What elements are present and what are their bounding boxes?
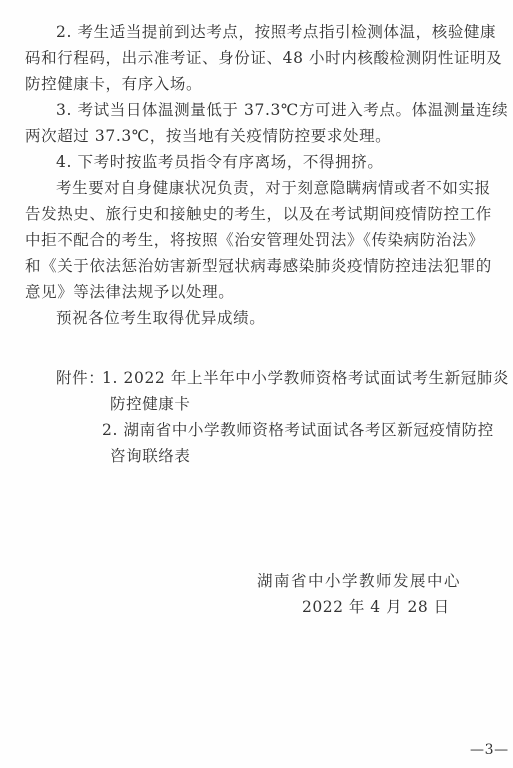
paragraph-4-line-1: 4. 下考时按监考员指令有序离场，不得拥挤。 (56, 152, 383, 172)
paragraph-2-line-1: 2. 考生适当提前到达考点，按照考点指引检测体温，核验健康 (56, 22, 496, 42)
notice-paragraph-line-3: 中拒不配合的考生，将按照《治安管理处罚法》《传染病防治法》 (25, 230, 484, 250)
notice-paragraph-line-4: 和《关于依法惩治妨害新型冠状病毒感染肺炎疫情防控违法犯罪的 (25, 256, 492, 276)
paragraph-3-line-1: 3. 考试当日体温测量低于 37.3℃方可进入考点。体温测量连续 (56, 100, 508, 120)
notice-paragraph-line-5: 意见》等法律法规予以处理。 (25, 282, 234, 302)
issuer-signature: 湖南省中小学教师发展中心 (257, 571, 461, 591)
attachment-2-line-1: 2. 湖南省中小学教师资格考试面试各考区新冠疫情防控 (102, 420, 494, 440)
page-number: —3— (470, 740, 509, 760)
wishes-line: 预祝各位考生取得优异成绩。 (56, 308, 265, 328)
paragraph-2-line-2: 码和行程码，出示准考证、身份证、48 小时内核酸检测阴性证明及 (25, 48, 502, 68)
attachment-1-line-2: 防控健康卡 (110, 394, 191, 414)
paragraph-2-line-3: 防控健康卡，有序入场。 (25, 74, 202, 94)
notice-paragraph-line-1: 考生要对自身健康状况负责，对于刻意隐瞒病情或者不如实报 (56, 178, 491, 198)
paragraph-3-line-2: 两次超过 37.3℃，按当地有关疫情防控要求处理。 (25, 126, 391, 146)
notice-paragraph-line-2: 告发热史、旅行史和接触史的考生，以及在考试期间疫情防控工作 (25, 204, 492, 224)
issue-date: 2022 年 4 月 28 日 (302, 597, 450, 617)
document-page: 2. 考生适当提前到达考点，按照考点指引检测体温，核验健康 码和行程码，出示准考… (0, 0, 513, 768)
attachments-label: 附件： (56, 368, 104, 388)
attachment-2-line-2: 咨询联络表 (110, 446, 191, 466)
attachment-1-line-1: 1. 2022 年上半年中小学教师资格考试面试考生新冠肺炎 (102, 368, 509, 388)
